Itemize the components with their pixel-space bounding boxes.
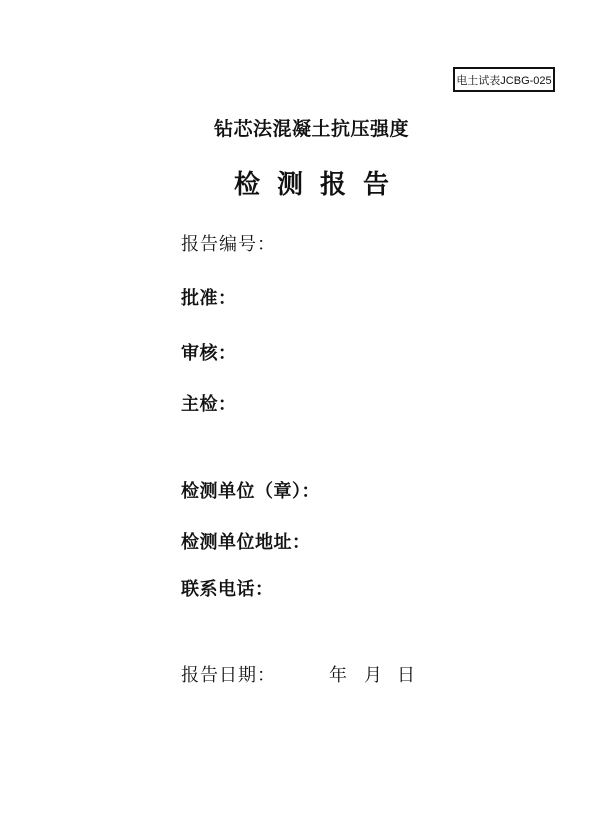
report-cover-page: 电土试表JCBG-025 钻芯法混凝土抗压强度 检测报告 报告编号： 批准： 审… [0,0,595,833]
testing-unit-seal-label: 检测单位（章）： [181,477,320,503]
report-number-label: 报告编号： [181,230,276,256]
year-label: 年 [329,665,348,685]
report-date-row: 报告日期：年月日 [181,661,416,687]
report-date-label: 报告日期： [181,665,276,685]
reviewer-label: 审核： [181,339,237,365]
month-label: 月 [364,665,383,685]
day-label: 日 [397,665,416,685]
testing-unit-address-label: 检测单位地址： [181,528,311,554]
chief-inspector-label: 主检： [181,390,237,416]
form-code-label: 电土试表JCBG-025 [456,72,551,88]
approver-label: 批准： [181,284,237,310]
report-main-title: 检测报告 [28,164,595,201]
report-subject-title: 钻芯法混凝土抗压强度 [28,114,595,141]
form-code-box: 电土试表JCBG-025 [453,67,555,92]
contact-phone-label: 联系电话： [181,575,274,601]
